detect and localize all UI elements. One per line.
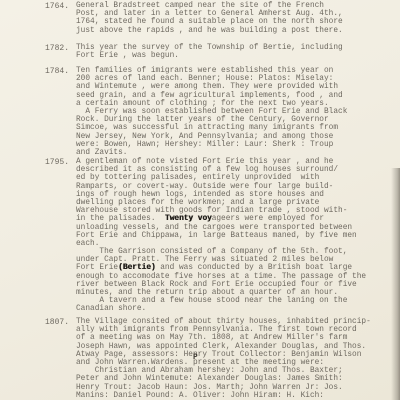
entry-year-label: 1782. [45,44,69,53]
typewritten-line: Ramparts, or covert-way. Outside were fo… [76,183,386,191]
typewritten-line: Warehouse stored with goods for Indian t… [76,207,386,215]
typewritten-line: Peter and John Wintemute: Alexander Doug… [76,375,386,383]
typewritten-line: Canadian shore. [76,305,386,313]
typewritten-line: A gentleman of note visted Fort Erie thi… [76,158,386,166]
entry-year-label: 1795. [45,158,69,167]
typewritten-line: unloading vessels, and the cargoes were … [76,224,386,232]
typewritten-line: river between Black Rock and Fort Erie o… [76,281,386,289]
typewritten-line: and Wintemute , were among them. They we… [76,83,386,91]
timeline-entry-1764: 1764.General Bradstreet camped near the … [0,2,392,35]
timeline-entry-1782: 1782.This year the survey of the Townshi… [0,44,392,60]
entry-year-label: 1784. [45,67,69,76]
typewritten-line: just above the rapids , and he was build… [76,27,386,35]
entry-text-block: General Bradstreet camped near the site … [76,2,386,35]
typewritten-line: dwelling places for the workmen; and a l… [76,199,386,207]
typewritten-line: Christian and Abraham hershey: John and … [76,367,386,375]
typewritten-line: Fort Erie and Chippawa, in large Batteau… [76,232,386,240]
typewritten-line: Fort Erie , was begun. [76,52,386,60]
typewritten-line: a certain amount of clothing ; for the n… [76,100,386,108]
typewritten-line: Post, and later in a letter to General A… [76,10,386,18]
typewritten-line: minutes, and the return trip about a qua… [76,289,386,297]
typewritten-line: seed grain, and a few agricultural imple… [76,92,386,100]
scanned-document-page: 1764.General Bradstreet camped near the … [0,0,400,400]
paper-edge-shadow [391,168,400,400]
typewritten-line: Ten families of imigrants were establish… [76,67,386,75]
text-segment: and John Warren.Wardens. [76,359,193,367]
typewritten-line: Fort Erie(Bertie) and was conducted by a… [76,264,386,272]
timeline-entry-1795: 1795.A gentleman of note visted Fort Eri… [0,158,392,314]
typewritten-line: Atway Page, assessors: Henry Trout Colle… [76,351,386,359]
text-segment: ageers were employed for [212,215,324,223]
typewritten-line: The Village consited of about thirty hou… [76,318,386,326]
typewritten-line: enough to accomodate five horses at a ti… [76,273,386,281]
text-segment: Fort Erie [76,264,118,272]
entry-text-block: The Village consited of about thirty hou… [76,318,386,400]
typewritten-line: The Garrison consisted of a Company of t… [76,248,386,256]
typewritten-line: and John Warren.Wardens. Ppresent at the… [76,359,386,367]
typewritten-line: of a meeting was on May 7th. 1808, at An… [76,334,386,342]
typewritten-line: and Zavits. [76,149,386,157]
typewritten-line: Simcoe, was successful in attracting man… [76,124,386,132]
typewritten-line: Rock. During the latter years of the Cen… [76,116,386,124]
entry-year-label: 1807. [45,318,69,327]
typewritten-line: This year the survey of the Township of … [76,44,386,52]
typewritten-line: A Ferry was soon established between For… [76,108,386,116]
text-segment: present at the meeting were: [193,359,324,367]
overstruck-text: Twenty voy [165,215,212,223]
typewritten-line: General Bradstreet camped near the site … [76,2,386,10]
typewritten-line: ings of rough hewn logs, intended as sto… [76,191,386,199]
typewritten-line: ed by tottering palisades, entirely unpr… [76,174,386,182]
typewritten-line: described it as consisting of a few log … [76,166,386,174]
typewritten-line: Henry Trout: Jacob Haun: Jos. Marth; Joh… [76,384,386,392]
typewritten-line: Manins: Daniel Pound: A. Oliver: John Hi… [76,392,386,400]
entry-text-block: Ten families of imigrants were establish… [76,67,386,157]
typewritten-line: New Jersey, New York, And Pennsylvania; … [76,133,386,141]
typewritten-line: each. [76,240,386,248]
typewritten-line: Joseph Hawn, was appointed Clerk, Alexan… [76,343,386,351]
text-segment: and was conducted by a British boat larg… [156,264,353,272]
typewritten-line: ally with imigrants from Pennsylvania. T… [76,326,386,334]
typewritten-line: A tavern and a few house stood near the … [76,297,386,305]
entry-text-block: A gentleman of note visted Fort Erie thi… [76,158,386,314]
typewritten-line: in the palisades. Twenty voyageers were … [76,215,386,223]
entry-year-label: 1764. [45,2,69,11]
timeline-entry-1807: 1807.The Village consited of about thirt… [0,318,392,400]
timeline-entry-1784: 1784.Ten families of imigrants were esta… [0,67,392,157]
text-segment: in the palisades. [76,215,165,223]
typewritten-line: 200 acres of land each. Benner; House: P… [76,75,386,83]
typewritten-line: under Capt. Pratt. The Ferry was situate… [76,256,386,264]
entry-text-block: This year the survey of the Township of … [76,44,386,60]
typewritten-line: 1764, stated he found a suitable place o… [76,18,386,26]
typewritten-line: were: Bowen, Hawn; Hershey: Miller: Laur… [76,141,386,149]
overstruck-text: (Bertie) [118,264,155,272]
